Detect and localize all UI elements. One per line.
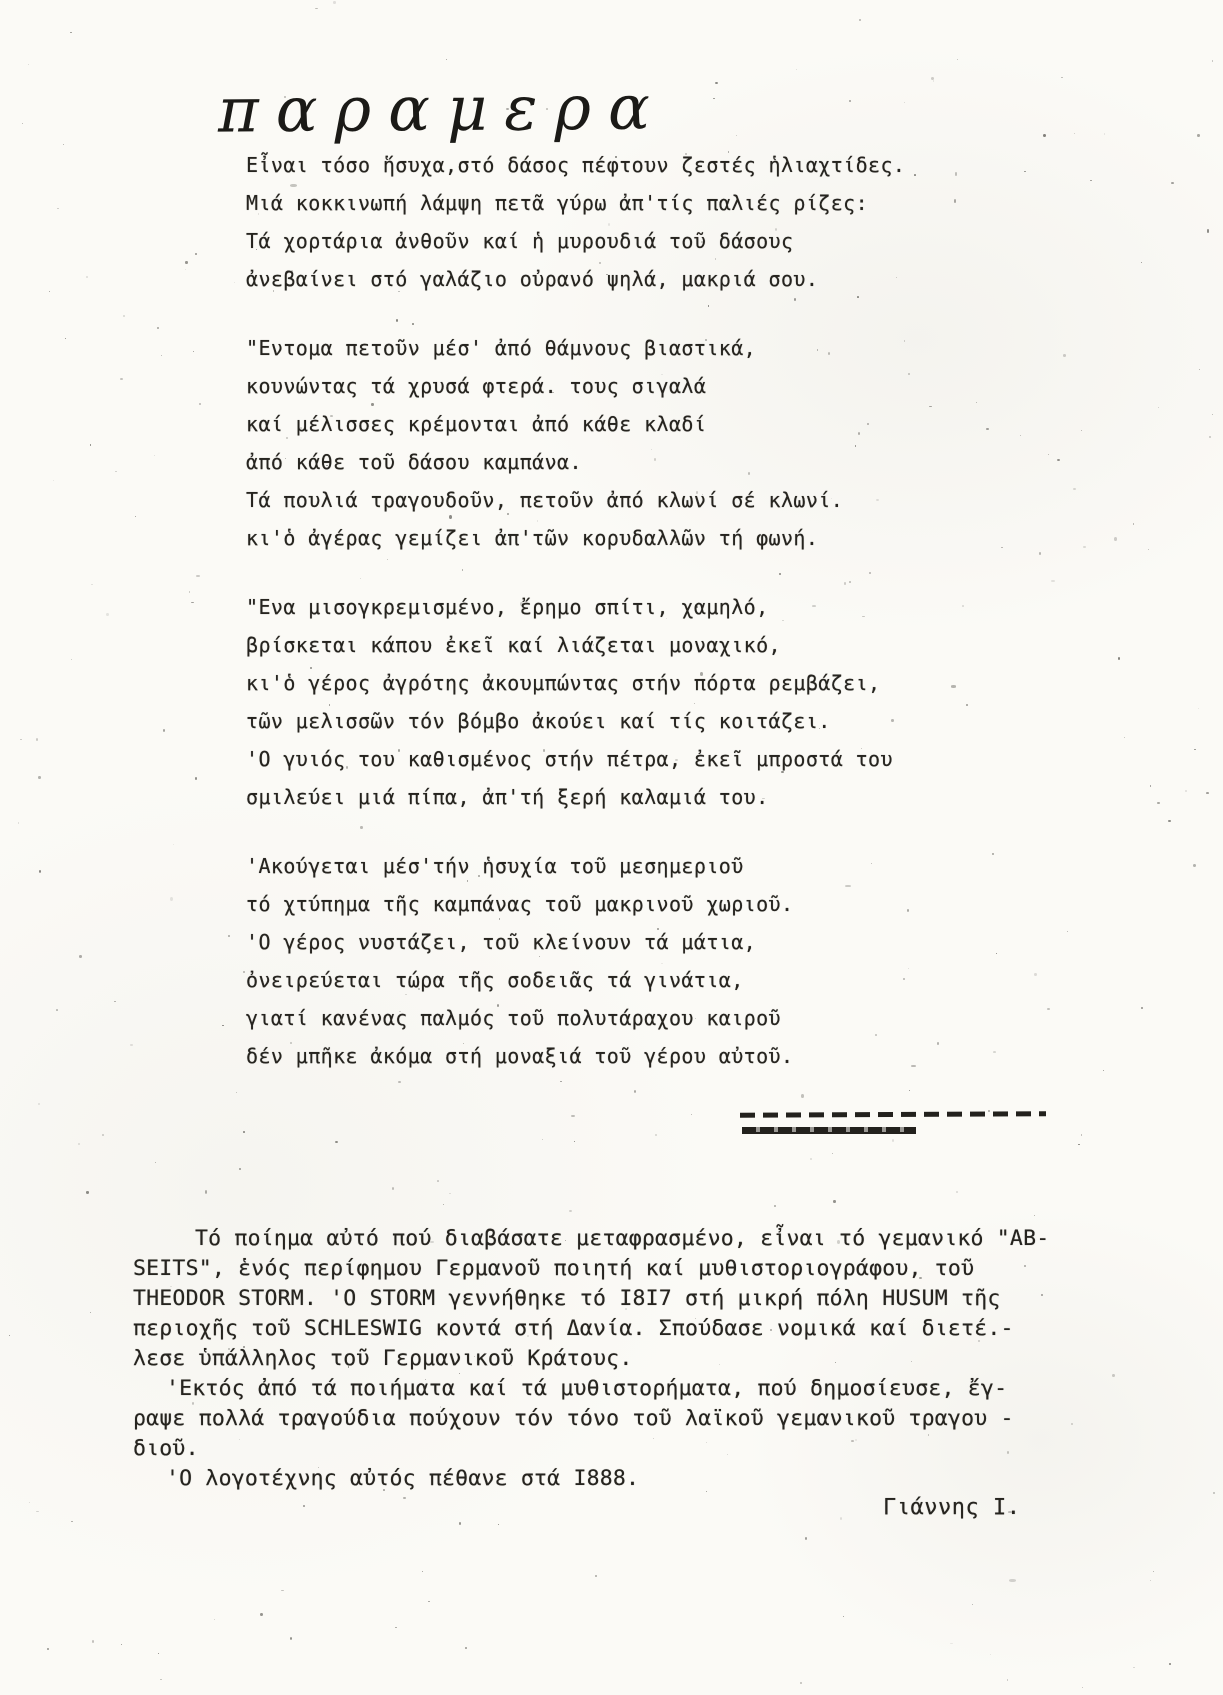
noise-speck [1168,820,1171,823]
noise-speck [1071,1423,1074,1426]
noise-speck [1185,790,1187,793]
noise-speck [459,1522,462,1525]
noise-speck [1207,229,1210,232]
noise-speck [796,69,797,70]
noise-speck [443,1204,444,1205]
noise-speck [691,1114,692,1115]
noise-speck [843,1616,844,1617]
noise-speck [86,276,89,279]
poem-line: Εἶναι τόσο ἥσυχα,στό δάσος πέφτουν ζεστέ… [246,146,905,184]
noise-speck [908,373,910,375]
noise-speck [71,1521,73,1522]
noise-speck [193,351,194,352]
noise-speck [736,135,737,136]
noise-speck [335,1141,338,1143]
noise-speck [243,971,245,973]
noise-speck [904,102,905,103]
noise-speck [158,1653,159,1654]
noise-speck [154,455,155,457]
noise-speck [832,1153,833,1154]
noise-speck [185,269,186,270]
poem-line: 'Ο γυιός του καθισμένος στήν πέτρα, ἐκεῖ… [246,740,905,778]
noise-speck [933,80,935,82]
noise-speck [403,1497,406,1500]
poem: Εἶναι τόσο ἥσυχα,στό δάσος πέφτουν ζεστέ… [246,146,905,1106]
noise-speck [1104,133,1106,134]
noise-speck [1171,182,1174,184]
poem-line: κι'ὁ ἀγέρας γεμίζει ἀπ'τῶν κορυδαλλῶν τή… [246,519,905,557]
noise-speck [1047,1008,1050,1010]
noise-speck [38,1103,40,1106]
noise-speck [214,1619,215,1620]
poem-line: σμιλεύει μιά πίπα, ἀπ'τή ξερή καλαμιά το… [246,778,905,816]
noise-speck [966,704,968,706]
poem-line: 'Ο γέρος νυστάζει, τοῦ κλείνουν τά μάτια… [246,923,905,961]
noise-speck [996,953,998,954]
noise-speck [446,59,447,60]
noise-speck [163,729,165,732]
poem-line: βρίσκεται κάπου ἐκεῖ καί λιάζεται μοναχι… [246,626,905,664]
noise-speck [909,1090,910,1091]
dash-rule-bottom [742,1127,916,1134]
poem-stanza: 'Ακούγεται μέσ'τήν ἡσυχία τοῦ μεσημεριοῦ… [246,847,905,1075]
noise-speck [1063,354,1066,357]
poem-line: ὀνειρεύεται τώρα τῆς σοδειᾶς τά γινάτια, [246,961,905,999]
noise-speck [39,870,41,873]
noise-speck [236,1092,237,1093]
noise-speck [1153,1571,1154,1572]
poem-line: ἀπό κάθε τοῦ δάσου καμπάνα. [246,443,905,481]
noise-speck [1001,547,1003,549]
noise-speck [333,1,336,4]
noise-speck [1194,749,1196,750]
noise-speck [228,935,230,937]
noise-speck [1199,369,1200,370]
noise-speck [542,1139,543,1140]
noise-speck [123,315,126,318]
noise-speck [465,1647,468,1649]
noise-speck [715,82,718,84]
poem-line: κι'ὁ γέρος ἀγρότης ἀκουμπώντας στήν πόρτ… [246,664,905,702]
noise-speck [1082,1687,1084,1688]
noise-speck [914,174,916,176]
note-line: λεσε ὑπάλληλος τοῦ Γερμανικοῦ Κράτους. [133,1344,1049,1374]
noise-speck [1074,133,1075,134]
noise-speck [170,897,173,901]
page-title: παραμερα [218,70,667,146]
scanned-document-page: παραμερα Εἶναι τόσο ἥσυχα,στό δάσος πέφτ… [0,0,1223,1695]
noise-speck [810,1158,812,1161]
poem-line: 'Ακούγεται μέσ'τήν ἡσυχία τοῦ μεσημεριοῦ [246,847,905,885]
noise-speck [86,1191,89,1193]
noise-speck [1118,657,1120,660]
noise-speck [1034,973,1037,976]
noise-speck [189,591,190,592]
noise-speck [1090,180,1092,181]
noise-speck [800,1682,802,1685]
poem-stanza: Εἶναι τόσο ἥσυχα,στό δάσος πέφτουν ζεστέ… [246,146,905,298]
noise-speck [595,1575,597,1577]
noise-speck [849,100,851,101]
noise-speck [91,584,93,585]
noise-speck [36,738,38,741]
noise-speck [57,208,59,210]
noise-speck [121,1644,123,1645]
noise-speck [36,1511,38,1513]
noise-speck [1057,459,1060,461]
noise-speck [49,291,51,292]
noise-speck [954,199,957,202]
noise-speck [422,1571,423,1572]
noise-speck [155,1162,156,1163]
dash-rule-top [740,1111,1046,1118]
noise-speck [1133,523,1135,525]
noise-speck [1103,1070,1104,1071]
noise-speck [47,1648,49,1651]
noise-smudge [911,1065,915,1067]
noise-speck [28,64,30,65]
noise-speck [195,253,197,255]
noise-speck [956,1191,959,1193]
poem-line: Τά χορτάρια ἀνθοῦν καί ἡ μυρουδιά τοῦ δά… [246,222,905,260]
noise-speck [713,98,714,99]
noise-speck [303,1505,305,1507]
note-paragraph: Τό ποίημα αὐτό πού διαβάσατε μεταφρασμέν… [133,1224,1049,1374]
noise-speck [907,909,910,912]
noise-speck [1148,549,1149,551]
noise-speck [1024,171,1026,172]
noise-speck [114,1001,115,1003]
noise-smudge [196,575,200,577]
noise-speck [1124,737,1125,738]
noise-speck [70,32,73,34]
noise-speck [859,19,861,21]
noise-speck [1213,1492,1216,1494]
noise-speck [1150,785,1152,787]
noise-speck [972,1604,973,1605]
noise-speck [173,844,174,845]
noise-speck [195,777,197,779]
noise-speck [428,1601,430,1602]
noise-speck [234,282,236,284]
noise-speck [833,1200,836,1203]
noise-speck [929,406,931,408]
note-line: 'Εκτός ἀπό τά ποιήματα καί τά μυθιστορήμ… [133,1374,1049,1404]
poem-line: ἀνεβαίνει στό γαλάζιο οὐρανό ψηλά, μακρι… [246,260,905,298]
noise-smudge [1051,580,1055,582]
noise-speck [222,1025,223,1027]
noise-speck [950,1643,953,1645]
noise-speck [986,428,988,431]
noise-speck [29,1502,30,1503]
note-line: Τό ποίημα αὐτό πού διαβάσατε μεταφρασμέν… [133,1224,1049,1254]
poem-line: "Εντομα πετοῦν μέσ' ἀπό θάμνους βιαστικά… [246,329,905,367]
noise-speck [1020,435,1021,436]
noise-smudge [315,8,318,10]
noise-speck [157,327,159,329]
noise-speck [1114,537,1117,541]
noise-speck [65,338,67,339]
noise-speck [1212,414,1213,415]
noise-speck [1007,1679,1009,1681]
note-paragraph: 'Ο λογοτέχνης αὐτός πέθανε στά I888. [133,1464,1049,1494]
noise-speck [243,1131,245,1133]
poem-line: τό χτύπημα τῆς καμπάνας τοῦ μακρινοῦ χωρ… [246,885,905,923]
noise-speck [102,1134,104,1136]
noise-speck [130,1044,132,1047]
noise-speck [1206,792,1209,794]
noise-speck [1158,407,1159,408]
noise-speck [1034,1215,1036,1216]
noise-speck [106,613,109,616]
noise-speck [22,123,23,125]
noise-speck [437,1180,439,1182]
poem-line: γιατί κανένας παλμός τοῦ πολυτάραχου και… [246,999,905,1037]
noise-speck [1141,1007,1143,1009]
noise-smudge [1009,1579,1016,1582]
poem-line: Τά πουλιά τραγουδοῦν, πετοῦν ἀπό κλωνί σ… [246,481,905,519]
noise-speck [392,1187,395,1191]
note-line: SEITS", ἑνός περίφημου Γερμανοῦ ποιητή κ… [133,1254,1049,1284]
noise-speck [655,1134,657,1136]
poem-line: κουνώντας τά χρυσά φτερά. τους σιγαλά [246,367,905,405]
noise-speck [449,1193,451,1195]
noise-speck [1073,488,1076,491]
noise-speck [1039,552,1042,555]
noise-speck [92,1640,95,1643]
noise-speck [135,516,136,517]
poem-stanza: "Ενα μισογκρεμισμένο, ἔρημο σπίτι, χαμηλ… [246,588,905,816]
noise-speck [205,1190,208,1194]
noise-speck [90,1312,91,1313]
noise-speck [957,59,958,60]
poem-line: "Ενα μισογκρεμισμένο, ἔρημο σπίτι, χαμηλ… [246,588,905,626]
author-signature: Γιάννης Ι. [883,1495,1020,1520]
poem-line: δέν μπῆκε ἀκόμα στή μοναξιά τοῦ γέρου αὐ… [246,1037,905,1075]
noise-speck [191,602,194,604]
noise-speck [1193,864,1196,867]
noise-speck [78,1143,80,1145]
noise-speck [992,853,995,855]
noise-speck [56,1009,59,1011]
poem-line: Μιά κοκκινωπή λάμψη πετᾶ γύρω ἀπ'τίς παλ… [246,184,905,222]
note-paragraph: 'Εκτός ἀπό τά ποιήματα καί τά μυθιστορήμ… [133,1374,1049,1464]
noise-speck [931,77,934,80]
noise-speck [1150,1580,1151,1581]
noise-speck [395,1627,397,1628]
noise-speck [892,1139,894,1142]
noise-smudge [571,1115,576,1117]
noise-speck [63,144,64,145]
noise-speck [71,659,72,660]
noise-speck [79,955,82,958]
translator-note: Τό ποίημα αὐτό πού διαβάσατε μεταφρασμέν… [133,1224,1049,1494]
noise-speck [38,776,40,779]
noise-speck [1048,454,1049,455]
noise-speck [115,471,117,473]
noise-speck [239,1168,242,1171]
noise-speck [805,1537,808,1540]
noise-speck [1141,262,1142,263]
note-line: 'Ο λογοτέχνης αὐτός πέθανε στά I888. [133,1464,1049,1494]
noise-speck [1067,931,1068,932]
noise-speck [1198,708,1199,710]
poem-line: καί μέλισσες κρέμονται ἀπό κάθε κλαδί [246,405,905,443]
noise-speck [1083,546,1086,549]
poem-line: τῶν μελισσῶν τόν βόμβο ἀκούει καί τίς κο… [246,702,905,740]
noise-speck [908,968,909,970]
noise-speck [160,1679,162,1681]
noise-speck [774,1205,776,1207]
note-line: ραψε πολλά τραγούδια πούχουν τόν τόνο το… [133,1404,1049,1434]
noise-speck [260,1613,263,1616]
noise-speck [1081,1134,1082,1136]
noise-speck [1081,430,1082,431]
note-line: THEODOR STORM. 'Ο STORM γεννήθηκε τό I8I… [133,1284,1049,1314]
noise-speck [1197,134,1200,137]
noise-speck [976,402,977,403]
note-line: περιοχῆς τοῦ SCHLESWIG κοντά στή Δανία. … [133,1314,1049,1344]
noise-speck [1061,77,1062,78]
noise-speck [569,1210,572,1212]
noise-speck [1212,60,1213,62]
noise-speck [18,822,20,824]
noise-speck [161,355,162,356]
noise-speck [498,1524,499,1525]
noise-speck [574,1141,575,1142]
noise-speck [53,480,54,481]
noise-speck [1157,802,1160,805]
noise-speck [1133,1667,1136,1669]
noise-speck [185,261,188,264]
noise-speck [20,739,22,740]
noise-speck [9,1335,10,1336]
noise-speck [1169,1663,1171,1665]
noise-speck [1043,134,1046,137]
poem-stanza: "Εντομα πετοῦν μέσ' ἀπό θάμνους βιαστικά… [246,329,905,557]
noise-speck [1209,436,1211,438]
noise-speck [1078,1144,1080,1146]
typed-dash-divider [740,1108,1046,1138]
noise-speck [199,403,202,406]
noise-speck [90,444,92,446]
noise-speck [290,1637,293,1641]
noise-speck [990,1654,991,1655]
noise-speck [1112,1374,1115,1377]
noise-smudge [993,1051,997,1053]
note-line: διοῦ. [133,1434,1049,1464]
noise-speck [962,605,964,607]
noise-speck [120,378,123,380]
noise-speck [955,172,958,176]
noise-speck [840,1517,842,1520]
noise-smudge [951,685,957,688]
noise-speck [281,1590,283,1591]
noise-speck [937,1042,939,1044]
